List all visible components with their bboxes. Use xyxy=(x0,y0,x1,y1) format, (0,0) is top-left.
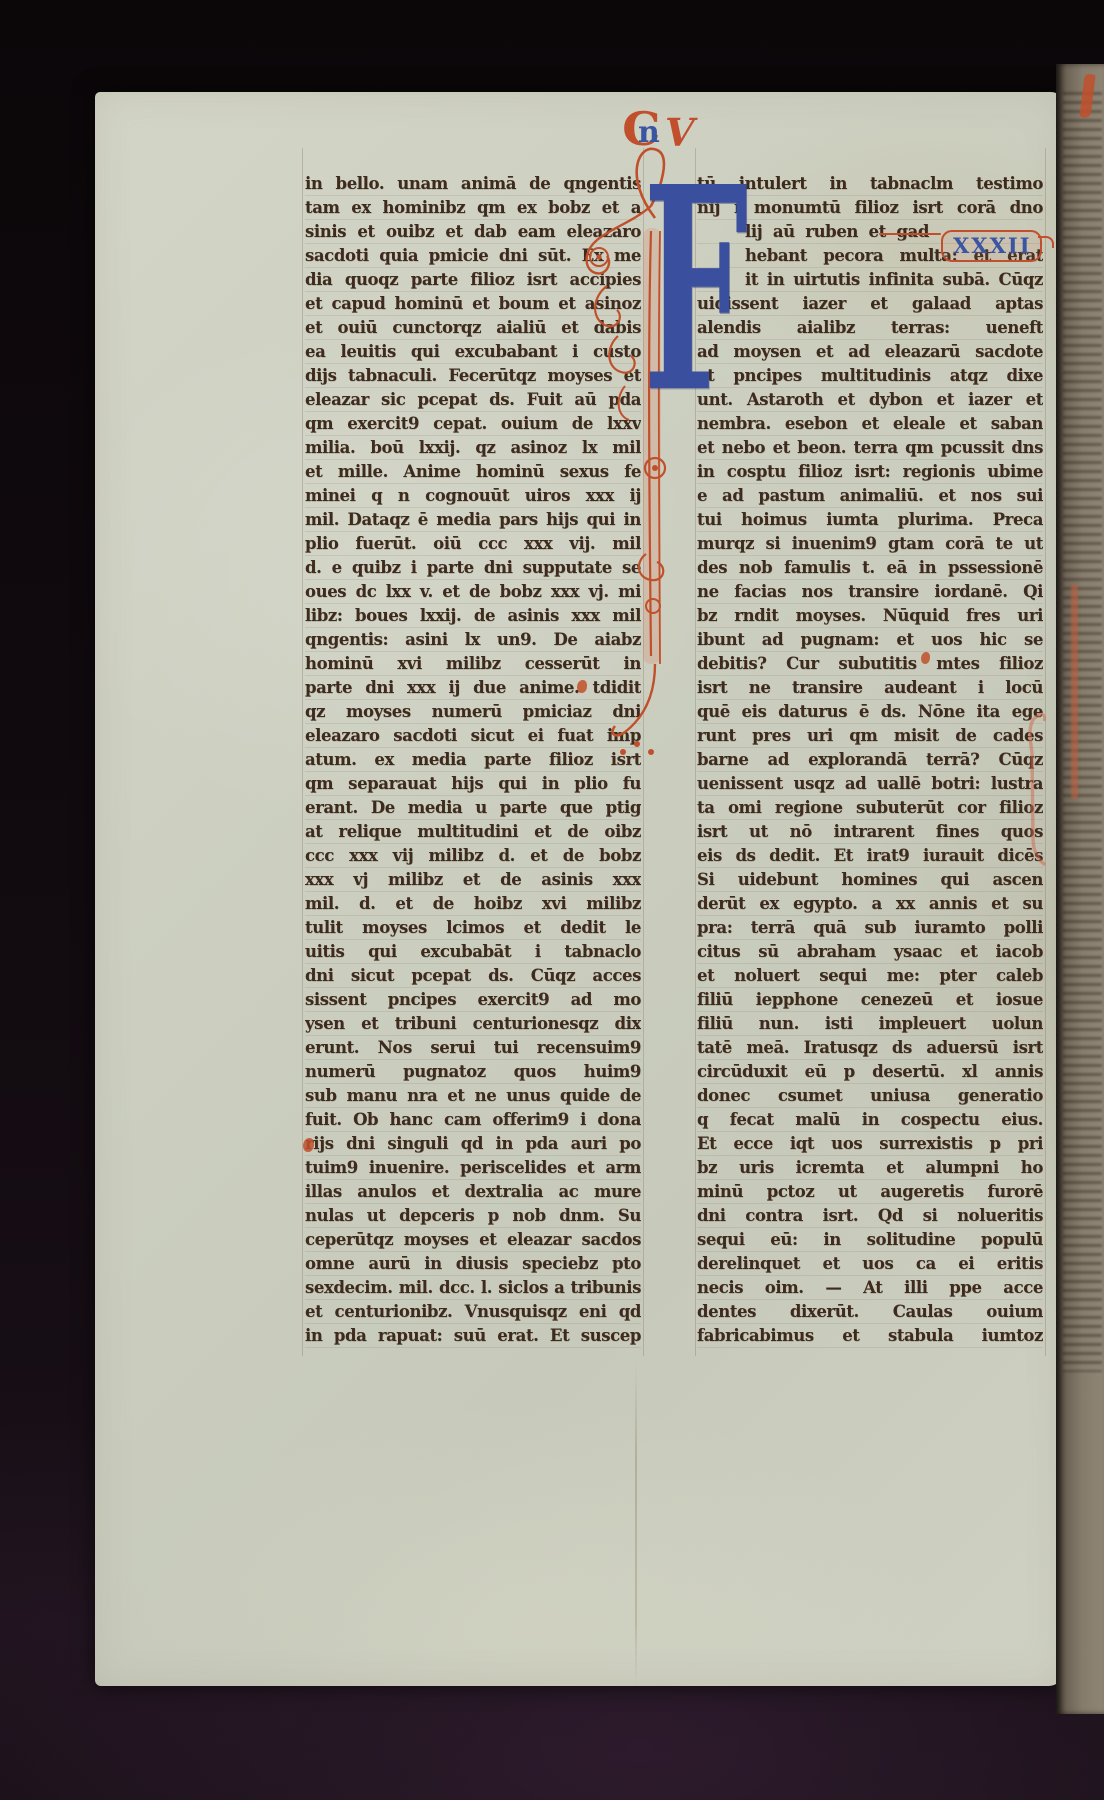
manuscript-text-line: tulit moyses lcimos et dedit le xyxy=(305,916,641,940)
manuscript-text-line: dentes dixerūt. Caulas ouium xyxy=(697,1300,1043,1324)
manuscript-text-line: murqz si inuenim9 gtam corā te ut xyxy=(697,532,1043,556)
manuscript-text-line: derelinquet et uos ca ei eritis xyxy=(697,1252,1043,1276)
manuscript-text-line: erunt. Nos serui tui recensuim9 xyxy=(305,1036,641,1060)
manuscript-text-line: ta omi regione subuterūt cor filioz xyxy=(697,796,1043,820)
manuscript-text-line: tatē meā. Iratusqz ds aduersū isrt xyxy=(697,1036,1043,1060)
manuscript-text-line: in cosptu filioz isrt: regionis ubime xyxy=(697,460,1043,484)
manuscript-text-line: ysen et tribuni centurionesqz dix xyxy=(305,1012,641,1036)
chapter-number-badge: XXXII xyxy=(941,230,1042,262)
manuscript-text-line: circūduxit eū p desertū. xl annis xyxy=(697,1060,1043,1084)
manuscript-text-line: at relique multitudini et de oibz xyxy=(305,820,641,844)
manuscript-text-line: filiū iepphone cenezeū et iosue xyxy=(697,988,1043,1012)
manuscript-text-line: barne ad explorandā terrā? Cūqz xyxy=(697,748,1043,772)
manuscript-text-line: uidissent iazer et galaad aptas xyxy=(697,292,1043,316)
manuscript-text-line: ccc xxx vij milibz d. et de bobz xyxy=(305,844,641,868)
manuscript-text-line: in pda rapuat: suū erat. Et suscep xyxy=(305,1324,641,1348)
manuscript-text-line: tui hoimus iumta plurima. Preca xyxy=(697,508,1043,532)
manuscript-text-line: et noluert sequi me: pter caleb xyxy=(697,964,1043,988)
decorated-initial-F: F xyxy=(643,190,748,391)
manuscript-text-line: et pncipes multitudinis atqz dixe xyxy=(697,364,1043,388)
manuscript-text-line: filiū nun. isti impleuert uolun xyxy=(697,1012,1043,1036)
manuscript-text-line: uenissent usqz ad uallē botri: lustra xyxy=(697,772,1043,796)
manuscript-text-line: ibunt ad pugnam: et uos hic se xyxy=(697,628,1043,652)
manuscript-text-line: donec csumet uniusa generatio xyxy=(697,1084,1043,1108)
ruling-line xyxy=(302,148,303,1356)
manuscript-text-line: fabricabimus et stabula iumtoz xyxy=(697,1324,1043,1348)
parchment-crease xyxy=(635,1362,637,1686)
manuscript-text-line: rijs dni singuli qd in pda auri po xyxy=(305,1132,641,1156)
manuscript-text-line: ad moysen et ad eleazarū sacdote xyxy=(697,340,1043,364)
manuscript-text-line: bz uris icremta et alumpni ho xyxy=(697,1156,1043,1180)
manuscript-text-line: numerū pugnatoz quos huim9 xyxy=(305,1060,641,1084)
manuscript-text-line: sexdecim. mil. dcc. l. siclos a tribunis xyxy=(305,1276,641,1300)
manuscript-text-line: tuim9 inuenire. periscelides et arm xyxy=(305,1156,641,1180)
manuscript-text-line: erant. De media u parte que ptig xyxy=(305,796,641,820)
manuscript-page: C n V F XXXII in bello. unam an xyxy=(95,92,1063,1686)
next-page-red-mark xyxy=(1071,584,1078,799)
manuscript-text-line: derūt ex egypto. a xx annis et su xyxy=(697,892,1043,916)
manuscript-text-line: q fecat malū in cospectu eius. xyxy=(697,1108,1043,1132)
manuscript-text-line: it in uirtutis infinita subā. Cūqz xyxy=(697,268,1043,292)
manuscript-text-line: eis ds dedit. Et irat9 iurauit dicēs xyxy=(697,844,1043,868)
margin-penwork-bracket xyxy=(1023,710,1047,870)
manuscript-text-line: bz rndit moyses. Nūquid fres uri xyxy=(697,604,1043,628)
manuscript-text-line: isrt ut nō intrarent fines quos xyxy=(697,820,1043,844)
manuscript-text-line: debitis? Cur subutitis mtes filioz xyxy=(697,652,1043,676)
next-page-text-blur xyxy=(1063,92,1102,1372)
manuscript-text-line: nij i monumtū filioz isrt corā dno xyxy=(697,196,1043,220)
manuscript-text-line: nembra. esebon et eleale et saban xyxy=(697,412,1043,436)
manuscript-text-line: sub manu nra et ne unus quide de xyxy=(305,1084,641,1108)
photo-background: C n V F XXXII in bello. unam an xyxy=(0,0,1104,1800)
manuscript-text-line: e ad pastum animaliū. et nos sui xyxy=(697,484,1043,508)
manuscript-text-line: des nob famulis t. eā in pssessionē xyxy=(697,556,1043,580)
manuscript-text-line: sequi eū: in solitudine populū xyxy=(697,1228,1043,1252)
text-column-right: tū intulert in tabnaclm testimonij i mon… xyxy=(697,172,1043,1350)
manuscript-text-line: mil. d. et de hoibz xvi milibz xyxy=(305,892,641,916)
manuscript-text-line: citus sū abraham ysaac et iacob xyxy=(697,940,1043,964)
manuscript-text-line: nulas ut depceris p nob dnm. Su xyxy=(305,1204,641,1228)
manuscript-text-line: ceperūtqz moyses et eleazar sacdos xyxy=(305,1228,641,1252)
manuscript-text-line: illas anulos et dextralia ac mure xyxy=(305,1180,641,1204)
manuscript-text-line: sissent pncipes exercit9 ad mo xyxy=(305,988,641,1012)
manuscript-text-line: dni contra isrt. Qd si nolueritis xyxy=(697,1204,1043,1228)
manuscript-text-line: omne aurū in diusis speciebz pto xyxy=(305,1252,641,1276)
manuscript-text-line: xxx vj milibz et de asinis xxx xyxy=(305,868,641,892)
manuscript-text-line: necis oim. — At illi ppe acce xyxy=(697,1276,1043,1300)
manuscript-text-line: et centurionibz. Vnusquisqz eni qd xyxy=(305,1300,641,1324)
manuscript-text-line: quē eis daturus ē ds. Nōne ita ege xyxy=(697,700,1043,724)
manuscript-text-line: alendis aialibz terras: ueneft xyxy=(697,316,1043,340)
book-fore-edge xyxy=(1056,64,1104,1714)
manuscript-text-line: isrt ne transire audeant i locū xyxy=(697,676,1043,700)
manuscript-text-line: fuit. Ob hanc cam offerim9 i dona xyxy=(305,1108,641,1132)
manuscript-text-line: runt pres uri qm misit de cades xyxy=(697,724,1043,748)
manuscript-text-line: Et ecce iqt uos surrexistis p pri xyxy=(697,1132,1043,1156)
manuscript-text-line: et nebo et beon. terra qm pcussit dns xyxy=(697,436,1043,460)
manuscript-text-line: Si uidebunt homines qui ascen xyxy=(697,868,1043,892)
manuscript-text-line: pra: terrā quā sub iuramto polli xyxy=(697,916,1043,940)
manuscript-text-line: tū intulert in tabnaclm testimo xyxy=(697,172,1043,196)
manuscript-text-line: uitis qui excubabāt i tabnaclo xyxy=(305,940,641,964)
manuscript-text-line: unt. Astaroth et dybon et iazer et xyxy=(697,388,1043,412)
manuscript-text-line: ne facias nos transire iordanē. Qi xyxy=(697,580,1043,604)
manuscript-text-line: minū pctoz ut augeretis furorē xyxy=(697,1180,1043,1204)
manuscript-text-line: dni sicut pcepat ds. Cūqz acces xyxy=(305,964,641,988)
